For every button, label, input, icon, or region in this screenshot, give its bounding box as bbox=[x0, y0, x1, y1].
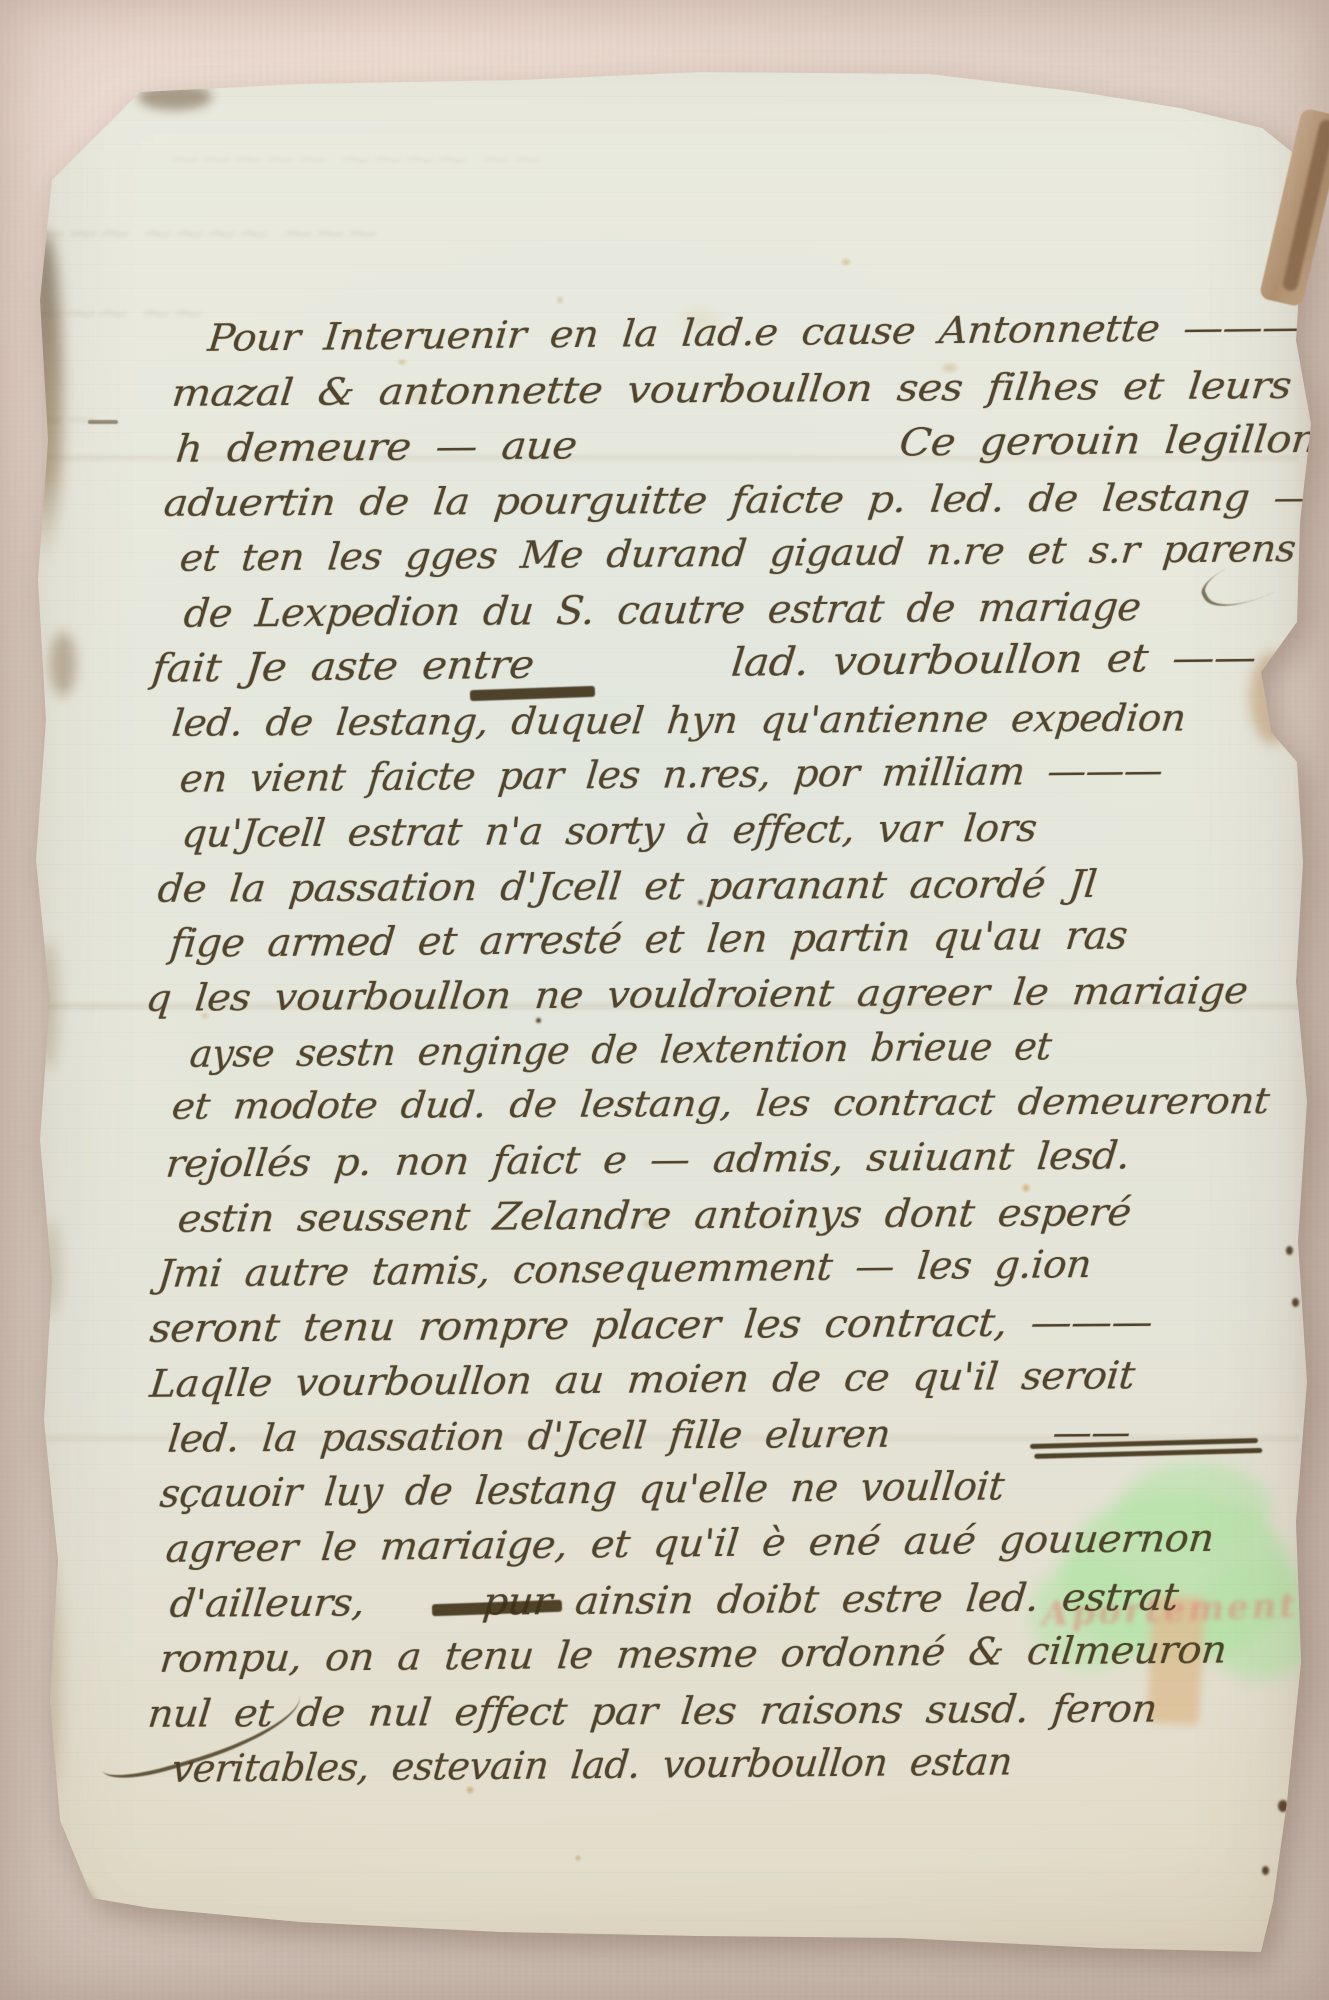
fold-crease bbox=[40, 1000, 1299, 1012]
handwriting-line: nul et de nul effect par les raisons sus… bbox=[146, 1687, 1159, 1736]
corner-stain-top-left bbox=[138, 84, 212, 110]
handwriting-line: led. la passation d'Jcell fille eluren —… bbox=[166, 1410, 1132, 1461]
handwriting-line: de Lexpedion du S. cautre estrat de mari… bbox=[182, 585, 1143, 637]
watermark-overprint-text: Aportement bbox=[1041, 1586, 1298, 1635]
handwriting-line: mazal & antonnette vourboullon ses filhe… bbox=[170, 363, 1329, 415]
handwriting-line: sçauoir luy de lestang qu'elle ne voullo… bbox=[158, 1465, 1006, 1517]
handwriting-line: aduertin de la pourguitte faicte p. led.… bbox=[162, 476, 1316, 525]
right-edge-bite-stain bbox=[1250, 652, 1296, 744]
margin-ink-dash bbox=[0, 508, 26, 513]
handwriting-line: estin seussent Zelandre antoinys dont es… bbox=[176, 1190, 1133, 1241]
left-edge-blob bbox=[42, 1220, 60, 1316]
showthrough-line: ⁓⁓⁓⁓ ⁓⁓ bbox=[2, 296, 206, 331]
tree-crown-watermark-icon bbox=[1120, 1462, 1270, 1552]
ink-strike-mark bbox=[432, 1600, 562, 1617]
tree-crown-watermark-icon bbox=[1062, 1492, 1292, 1662]
manuscript-photo: ⁓⁓⁓ ⁓⁓⁓⁓ ⁓⁓⁓ ⁓⁓⁓⁓ ⁓⁓ ⁓⁓⁓ ⁓⁓⁓⁓⁓ ⁓⁓⁓⁓ ⁓⁓ A… bbox=[0, 0, 1329, 2000]
ink-speck bbox=[1286, 1246, 1293, 1255]
handwriting-line: et modote dud. de lestang, les contract … bbox=[170, 1081, 1271, 1128]
fold-crease bbox=[40, 452, 1299, 464]
handwriting-line: rompu, on a tenu le mesme ordonné & cilm… bbox=[158, 1628, 1229, 1681]
paper-stains bbox=[0, 0, 1329, 2000]
tree-crown-watermark-icon bbox=[1030, 1560, 1150, 1670]
handwriting-line: en vient faicte par les n.res, por milli… bbox=[178, 748, 1165, 801]
paper-sheet: ⁓⁓⁓ ⁓⁓⁓⁓ ⁓⁓⁓ ⁓⁓⁓⁓ ⁓⁓ ⁓⁓⁓ ⁓⁓⁓⁓⁓ ⁓⁓⁓⁓ ⁓⁓ A… bbox=[0, 0, 1329, 2000]
ink-speck bbox=[1278, 1800, 1288, 1812]
pen-flourish bbox=[1197, 533, 1318, 621]
handwriting-line: d'ailleurs, pur ainsin doibt estre led. … bbox=[168, 1575, 1180, 1626]
left-edge-blob bbox=[36, 1560, 60, 1790]
left-edge-blob bbox=[50, 632, 76, 696]
handwriting-line: Laqlle vourboullon au moien de ce qu'il … bbox=[148, 1353, 1137, 1406]
ink-speck bbox=[1295, 744, 1302, 753]
ink-speck bbox=[698, 900, 703, 905]
handwriting-line: seront tenu rompre placer les contract, … bbox=[148, 1300, 1155, 1352]
handwriting-line: fige armed et arresté et len partin qu'a… bbox=[168, 914, 1129, 967]
handwriting-line: Pour Interuenir en la lad.e cause Antonn… bbox=[206, 306, 1304, 360]
ink-speck bbox=[1266, 1932, 1278, 1941]
handwriting-line: h demeure — aue Ce gerouin legillon —— bbox=[174, 416, 1329, 471]
showthrough-line: ⁓⁓⁓ bbox=[2, 402, 98, 437]
pen-flourish bbox=[91, 1672, 309, 1788]
tree-trunk-watermark-icon bbox=[1147, 1595, 1206, 1726]
ink-strike-mark bbox=[470, 686, 595, 701]
showthrough-line: ⁓⁓⁓⁓⁓ ⁓⁓⁓⁓ ⁓⁓ bbox=[170, 142, 545, 177]
ink-speck bbox=[1283, 698, 1290, 707]
tree-crown-watermark-icon bbox=[1200, 1560, 1320, 1680]
ink-speck bbox=[1292, 1298, 1299, 1307]
corner-stain-bottom-left bbox=[28, 1882, 92, 1934]
ink-speck bbox=[536, 1018, 541, 1023]
left-edge-blob bbox=[38, 940, 58, 1070]
paper-shadow-wrap: ⁓⁓⁓ ⁓⁓⁓⁓ ⁓⁓⁓ ⁓⁓⁓⁓ ⁓⁓ ⁓⁓⁓ ⁓⁓⁓⁓⁓ ⁓⁓⁓⁓ ⁓⁓ A… bbox=[0, 0, 1329, 2000]
showthrough-line: ⁓⁓⁓ ⁓⁓⁓⁓ ⁓⁓⁓ bbox=[36, 216, 379, 251]
handwriting-line: led. de lestang, duquel hyn qu'antienne … bbox=[170, 697, 1188, 745]
handwriting-line: fait Je aste entre lad. vourboullon et —… bbox=[150, 635, 1258, 692]
fold-crease bbox=[40, 1432, 1299, 1444]
handwriting-line: qu'Jcell estrat n'a sorty à effect, var … bbox=[180, 806, 1039, 856]
handwriting-line: q les vourboullon ne vouldroient agreer … bbox=[144, 969, 1250, 1020]
handwriting-line: rejollés p. non faict e — admis, suiuant… bbox=[164, 1134, 1132, 1186]
handwriting-line: de la passation d'Jcell et paranant acor… bbox=[156, 862, 1099, 911]
handwriting-line: Jmi autre tamis, consequemment — les g.i… bbox=[156, 1242, 1093, 1296]
handwriting-line: veritables, estevain lad. vourboullon es… bbox=[170, 1740, 1014, 1791]
ink-strike-mark bbox=[1030, 1438, 1258, 1449]
left-edge-streak bbox=[28, 232, 62, 562]
handwriting-line: et ten les gges Me durand gigaud n.re et… bbox=[178, 527, 1298, 580]
handwriting-line: ayse sestn enginge de lextention brieue … bbox=[188, 1024, 1054, 1076]
margin-ink-dash bbox=[88, 420, 118, 424]
handwriting-line: agreer le mariaige, et qu'il è ené aué g… bbox=[164, 1516, 1216, 1571]
ink-speck bbox=[1262, 1866, 1269, 1875]
